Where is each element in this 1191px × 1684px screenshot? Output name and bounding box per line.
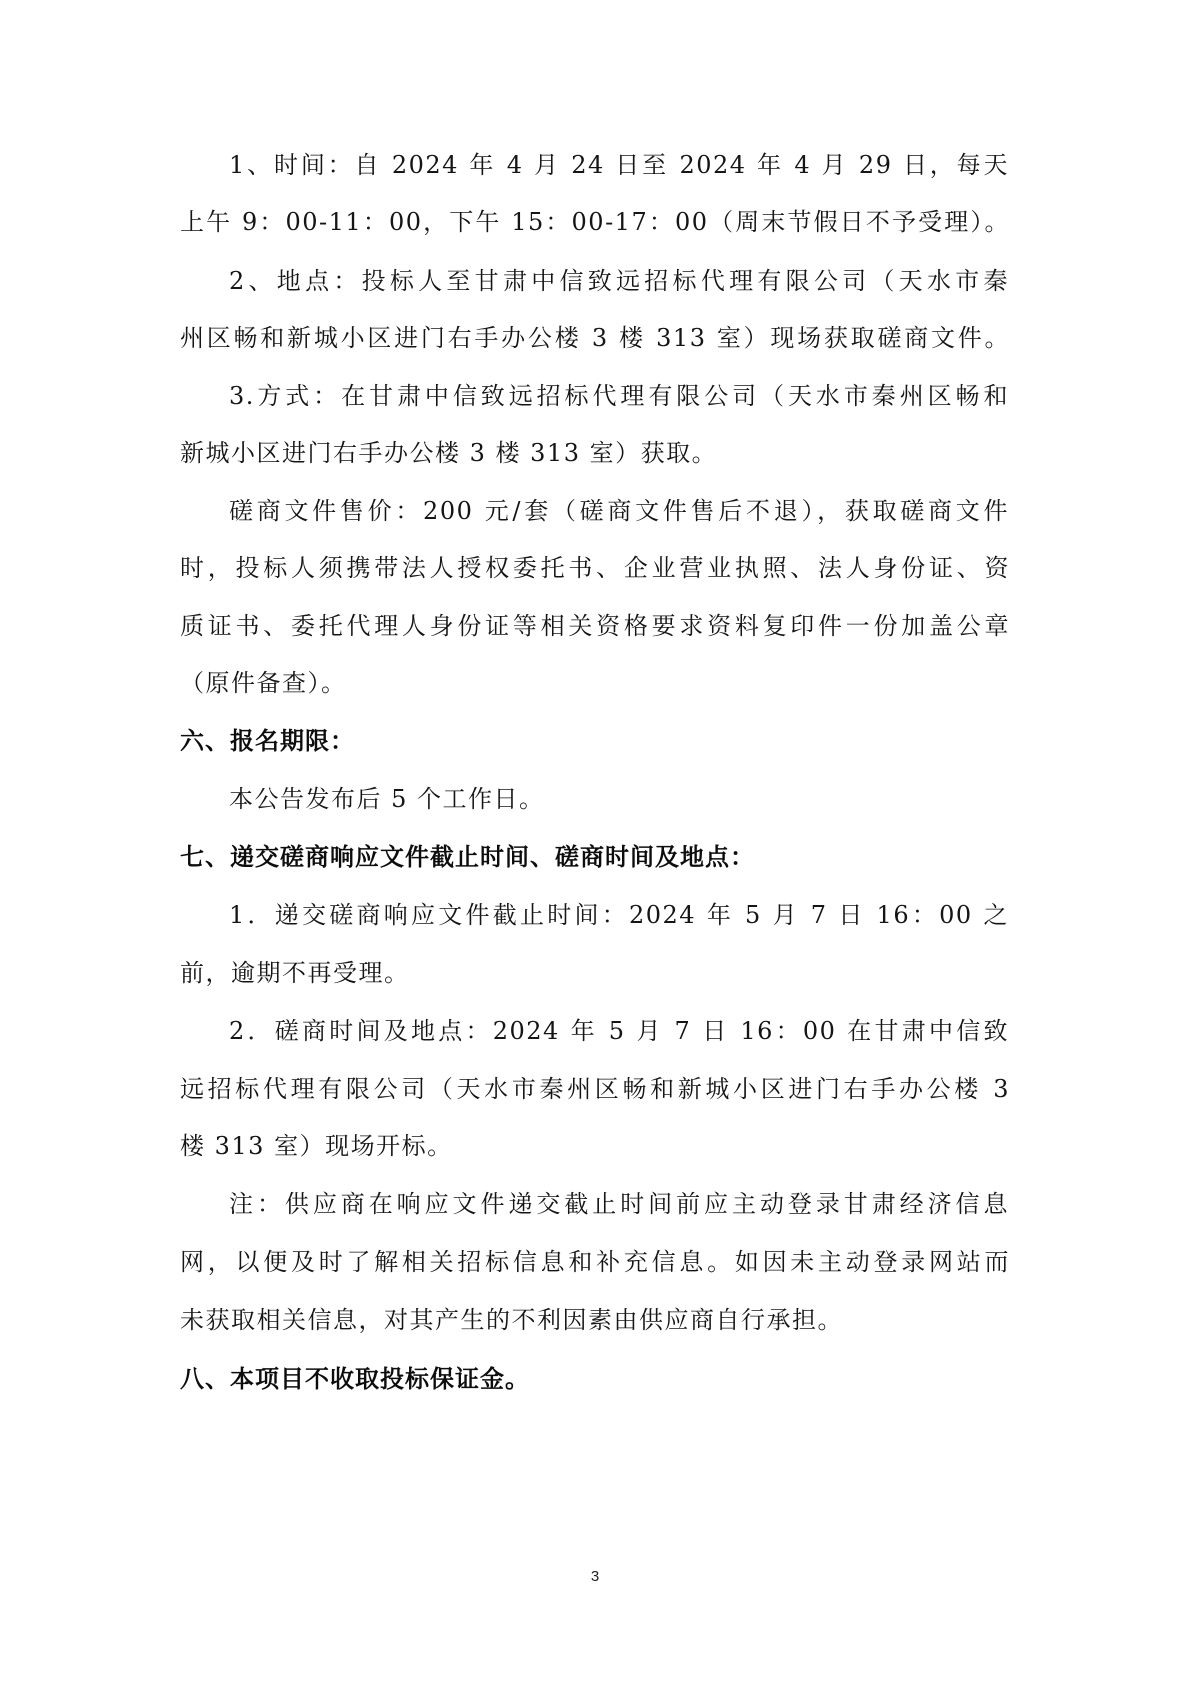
section-6-body: 本公告发布后 5 个工作日。 <box>229 784 1009 814</box>
consultation-line-3: 楼 313 室）现场开标。 <box>180 1131 1010 1161</box>
acquisition-time-line-1: 1、时间：自 2024 年 4 月 24 日至 2024 年 4 月 29 日，… <box>229 150 1009 180</box>
section-6-heading: 六、报名期限： <box>180 726 1010 756</box>
section-7-heading: 七、递交磋商响应文件截止时间、磋商时间及地点： <box>180 842 1010 872</box>
note-line-1: 注：供应商在响应文件递交截止时间前应主动登录甘肃经济信息 <box>229 1189 1009 1219</box>
document-price-line-3: 质证书、委托代理人身份证等相关资格要求资料复印件一份加盖公章 <box>180 611 1010 641</box>
page-number: 3 <box>585 1568 605 1586</box>
acquisition-location-line-1: 2、地点：投标人至甘肃中信致远招标代理有限公司（天水市秦 <box>229 266 1009 296</box>
section-8-heading: 八、本项目不收取投标保证金。 <box>180 1364 1010 1394</box>
acquisition-location-line-2: 州区畅和新城小区进门右手办公楼 3 楼 313 室）现场获取磋商文件。 <box>180 323 1010 353</box>
acquisition-method-line-1: 3.方式：在甘肃中信致远招标代理有限公司（天水市秦州区畅和 <box>229 381 1009 411</box>
document-page: 1、时间：自 2024 年 4 月 24 日至 2024 年 4 月 29 日，… <box>0 0 1191 1684</box>
acquisition-time-line-2: 上午 9：00-11：00，下午 15：00-17：00（周末节假日不予受理）。 <box>180 207 1010 237</box>
document-price-line-4: （原件备查）。 <box>180 668 1010 698</box>
document-price-line-1: 磋商文件售价：200 元/套（磋商文件售后不退），获取磋商文件 <box>229 496 1009 526</box>
deadline-line-2: 前，逾期不再受理。 <box>180 958 1010 988</box>
deadline-line-1: 1．递交磋商响应文件截止时间：2024 年 5 月 7 日 16：00 之 <box>229 900 1009 930</box>
document-price-line-2: 时，投标人须携带法人授权委托书、企业营业执照、法人身份证、资 <box>180 553 1010 583</box>
note-line-2: 网，以便及时了解相关招标信息和补充信息。如因未主动登录网站而 <box>180 1247 1010 1277</box>
acquisition-method-line-2: 新城小区进门右手办公楼 3 楼 313 室）获取。 <box>180 438 1010 468</box>
consultation-line-1: 2．磋商时间及地点：2024 年 5 月 7 日 16：00 在甘肃中信致 <box>229 1016 1009 1046</box>
consultation-line-2: 远招标代理有限公司（天水市秦州区畅和新城小区进门右手办公楼 3 <box>180 1074 1010 1104</box>
note-line-3: 未获取相关信息，对其产生的不利因素由供应商自行承担。 <box>180 1305 1010 1335</box>
